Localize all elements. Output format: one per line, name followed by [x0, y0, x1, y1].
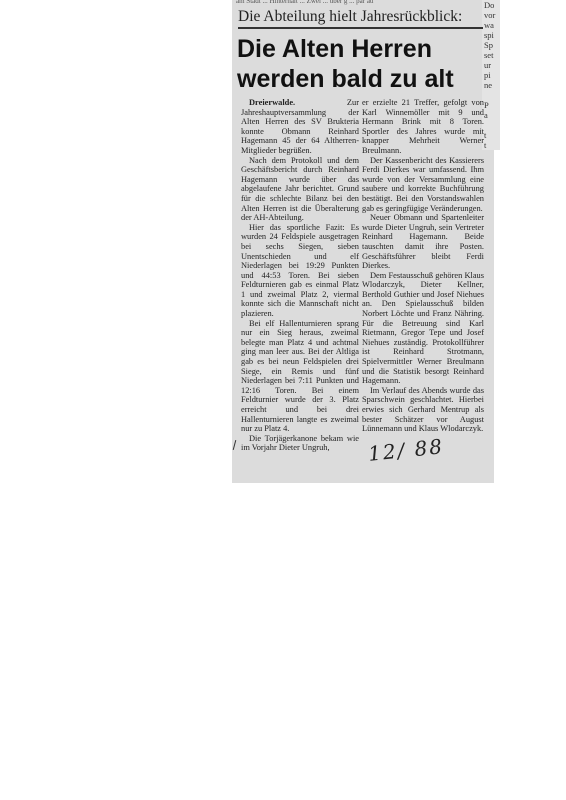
paragraph: Dem Festausschuß gehören Klaus Wlodarczy… [362, 271, 484, 386]
fragment-line: a [482, 110, 500, 120]
cut-off-top-text: am Stadt ... Hinterhalt ... Zwei ... übe… [236, 0, 481, 5]
paragraph: Nach dem Protokoll und dem Geschäftsberi… [241, 156, 359, 223]
paragraph: Neuer Obmann und Spartenleiter wurde Die… [362, 213, 484, 271]
headline-line-2: werden bald zu alt [237, 64, 487, 94]
article-column-left: Dreierwalde. Zur Jahreshauptversammlung … [241, 98, 359, 453]
fragment-line: P [482, 100, 500, 110]
paragraph: Im Verlauf des Abends wurde das Sparschw… [362, 386, 484, 434]
fragment-line: t [482, 140, 500, 150]
paragraph: Dreierwalde. Zur Jahreshauptversammlung … [241, 98, 359, 156]
paragraph: Die Torjägerkanone bekam wie im Vorjahr … [241, 434, 359, 453]
headline-line-1: Die Alten Herren [237, 34, 487, 64]
fragment-line: Do [482, 0, 500, 10]
paragraph: Hier das sportliche Fazit: Es wurden 24 … [241, 223, 359, 319]
fragment-line: wa [482, 20, 500, 30]
article-column-right: er erzielte 21 Treffer, gefolgt von Karl… [362, 98, 484, 434]
fragment-line: vor [482, 10, 500, 20]
paragraph: er erzielte 21 Treffer, gefolgt von Karl… [362, 98, 484, 156]
paragraph: Bei elf Hallenturnieren sprang nur ein S… [241, 319, 359, 434]
article-headline: Die Alten Herren werden bald zu alt [237, 34, 487, 94]
fragment-line: t [482, 130, 500, 140]
article-kicker: Die Abteilung hielt Jahresrückblick: [238, 8, 483, 29]
dateline: Dreierwalde. [249, 98, 295, 107]
paragraph: Der Kassenbericht des Kassierers Ferdi D… [362, 156, 484, 214]
fragment-line [482, 120, 500, 130]
